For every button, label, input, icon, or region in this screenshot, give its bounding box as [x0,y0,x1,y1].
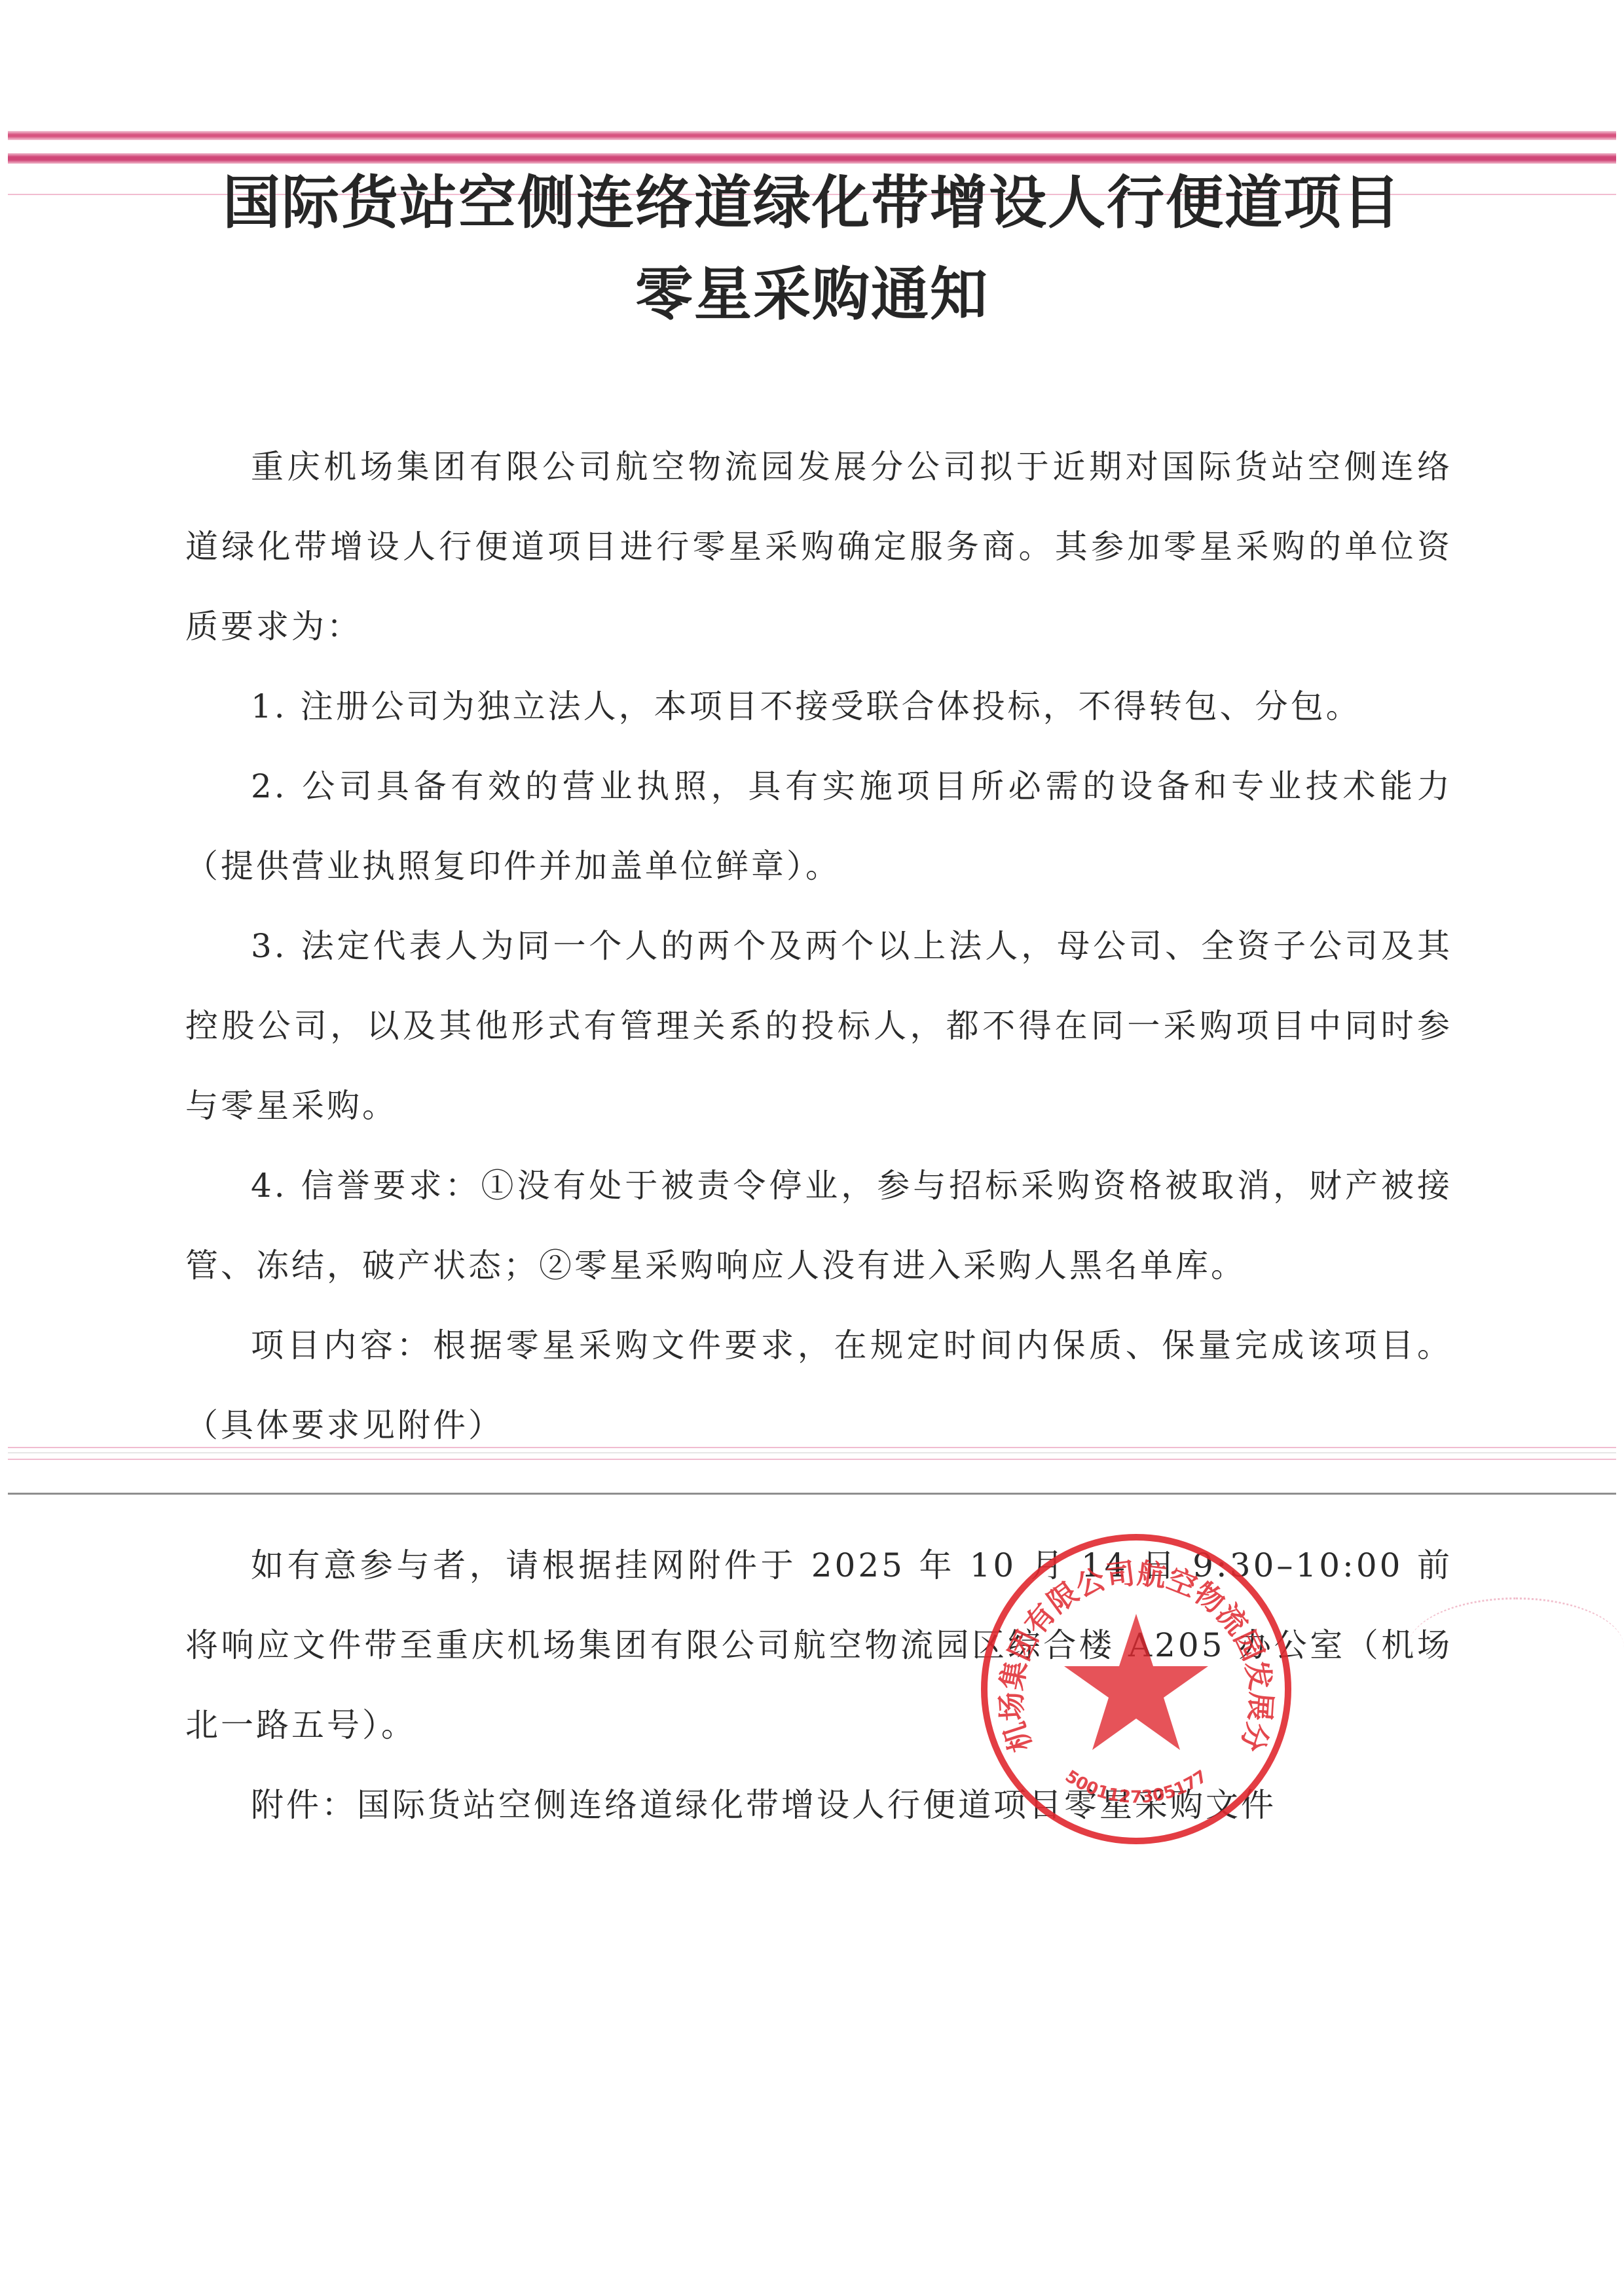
submission-paragraph: 如有意参与者，请根据挂网附件于 2025 年 10 月 14 日 9:30–10… [185,1525,1452,1765]
contact-section: 如有意参与者，请根据挂网附件于 2025 年 10 月 14 日 9:30–10… [185,1525,1452,1845]
requirement-4: 4. 信誉要求：①没有处于被责令停业，参与招标采购资格被取消，财产被接管、冻结，… [185,1146,1452,1305]
scan-line-pink-2 [8,1459,1616,1460]
faded-seal-impression [1408,1597,1624,1698]
document-body: 重庆机场集团有限公司航空物流园发展分公司拟于近期对国际货站空侧连络道绿化带增设人… [185,427,1452,1465]
scan-line-pink-1 [8,1447,1616,1448]
scan-line-faint [8,1452,1616,1453]
document-title-line1: 国际货站空侧连络道绿化带增设人行便道项目 [0,157,1624,240]
requirement-2: 2. 公司具备有效的营业执照，具有实施项目所必需的设备和专业技术能力（提供营业执… [185,746,1452,906]
header-red-band-top [8,131,1616,140]
requirement-1: 1. 注册公司为独立法人，本项目不接受联合体投标，不得转包、分包。 [185,666,1452,746]
project-content: 项目内容：根据零星采购文件要求，在规定时间内保质、保量完成该项目。（具体要求见附… [185,1305,1452,1465]
document-title-line2: 零星采购通知 [0,249,1624,331]
intro-paragraph: 重庆机场集团有限公司航空物流园发展分公司拟于近期对国际货站空侧连络道绿化带增设人… [185,427,1452,666]
scan-line-gray [8,1493,1616,1495]
attachment-line: 附件：国际货站空侧连络道绿化带增设人行便道项目零星采购文件 [185,1765,1452,1845]
requirement-3: 3. 法定代表人为同一个人的两个及两个以上法人，母公司、全资子公司及其控股公司，… [185,906,1452,1146]
